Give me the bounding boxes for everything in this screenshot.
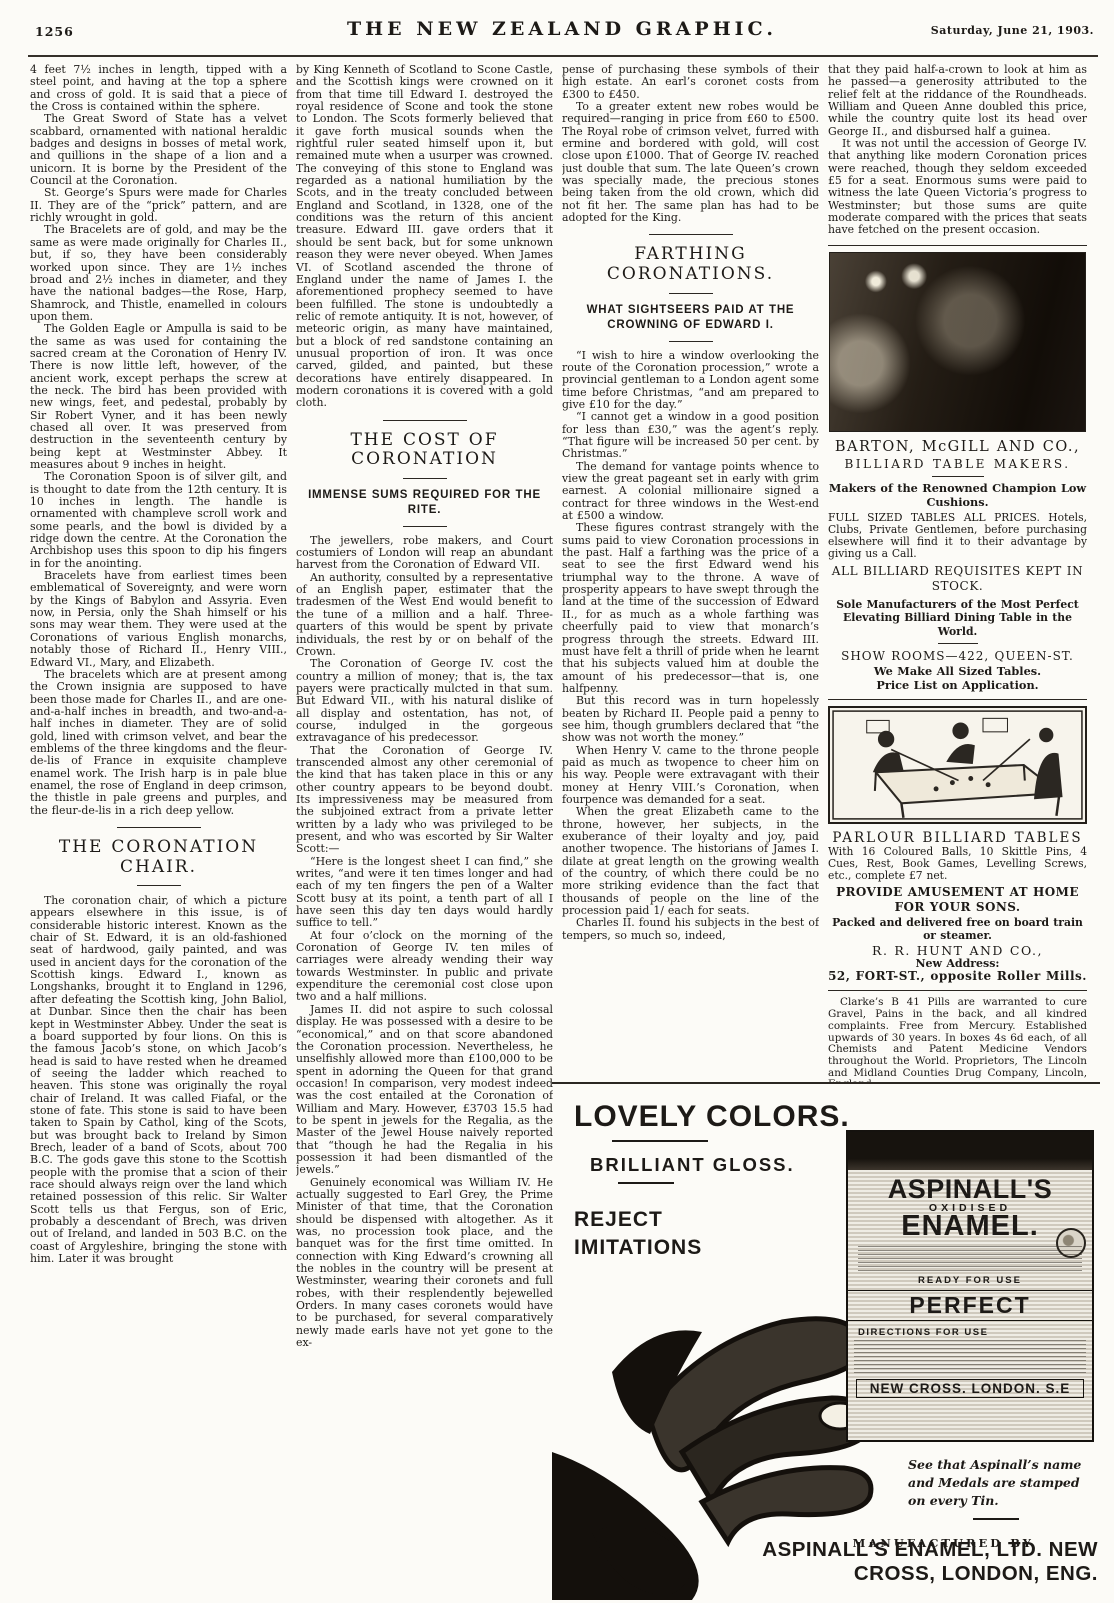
aspinall-headline: LOVELY COLORS. [574,1100,850,1142]
barton-sole-makers-line: Sole Manufacturers of the Most Perfect E… [828,598,1087,638]
article-paragraph: The coronation chair, of which a picture… [30,895,287,1265]
parlour-billiards-illustration [828,706,1087,824]
article-paragraph: by King Kenneth of Scotland to Scone Cas… [296,64,553,410]
tin-small-print [854,1340,1086,1374]
barton-full-sized-line: FULL SIZED TABLES ALL PRICES. Hotels, Cl… [828,512,1087,560]
article-paragraph: 4 feet 7½ inches in length, tipped with … [30,64,287,113]
article-paragraph: that they paid half-a-crown to look at h… [828,64,1087,138]
enamel-tin: ASPINALL'S OXIDISED ENAMEL. READY FOR US… [846,1130,1094,1442]
parlour-address: 52, FORT-ST., opposite Roller Mills. [828,970,1087,982]
article-paragraph: Charles II. found his subjects in the be… [562,917,819,942]
tin-address-line: NEW CROSS. LONDON. S.E [856,1379,1084,1398]
article-paragraph: The Great Sword of State has a velvet sc… [30,113,287,187]
parlour-amusement-line: PROVIDE AMUSEMENT AT HOME FOR YOUR SONS. [828,885,1087,915]
article-paragraph: That the Coronation of George IV. transc… [296,745,553,856]
article-paragraph: The Bracelets are of gold, and may be th… [30,224,287,323]
article-paragraph: The Coronation of George IV. cost the co… [296,658,553,744]
tin-brand-line: ASPINALL'S [848,1174,1092,1205]
article-paragraph: St. George’s Spurs were made for Charles… [30,187,287,224]
tin-perfect-line: PERFECT [848,1290,1092,1321]
article-paragraph: At four o’clock on the morning of the Co… [296,930,553,1004]
article-paragraph: “I wish to hire a window overlooking the… [562,350,819,412]
parlour-delivery-line: Packed and delivered free on board train… [828,917,1087,943]
aspinall-company-line: ASPINALL'S ENAMEL, LTD. NEW CROSS, LONDO… [702,1538,1098,1586]
parlour-billiards-ad: PARLOUR BILLIARD TABLES With 16 Coloured… [828,706,1087,982]
newspaper-page: 1256 THE NEW ZEALAND GRAPHIC. Saturday, … [0,0,1114,1603]
tin-lid [848,1132,1092,1170]
article-subheading: IMMENSE SUMS REQUIRED FOR THE RITE. [304,488,545,527]
article-heading: FARTHING CORONATIONS. [566,234,815,293]
masthead-rule [28,55,1098,57]
ad-divider [828,990,1087,991]
ad-divider [828,245,1087,246]
article-paragraph: pense of purchasing these symbols of the… [562,64,819,101]
article-paragraph: These figures contrast strangely with th… [562,522,819,695]
article-heading: THE COST OF CORONATION [300,420,549,479]
column-4: that they paid half-a-crown to look at h… [828,64,1087,1082]
article-paragraph: “I cannot get a window in a good positio… [562,411,819,460]
article-paragraph: When Henry V. came to the throne people … [562,745,819,807]
tin-directions-line: DIRECTIONS FOR USE [858,1327,1092,1338]
tin-small-print [858,1246,1082,1272]
article-paragraph: The demand for vantage points whence to … [562,461,819,523]
article-paragraph: The jewellers, robe makers, and Court co… [296,535,553,572]
article-paragraph: Genuinely economical was William IV. He … [296,1177,553,1350]
column-1: 4 feet 7½ inches in length, tipped with … [30,64,287,1596]
article-paragraph: To a greater extent new robes would be r… [562,101,819,224]
billiard-workshop-illustration [829,252,1086,432]
article-paragraph: The bracelets which are at present among… [30,669,287,817]
article-subheading: WHAT SIGHTSEERS PAID AT THE CROWNING OF … [570,303,811,342]
column-2: by King Kenneth of Scotland to Scone Cas… [296,64,553,1596]
tin-enamel-line: ENAMEL. [848,1210,1092,1243]
article-paragraph: It was not until the accession of George… [828,138,1087,237]
article-heading: THE CORONATION CHAIR. [34,827,283,886]
article-paragraph: The Golden Eagle or Ampulla is said to b… [30,323,287,471]
aspinall-enamel-ad: LOVELY COLORS. BRILLIANT GLOSS. REJECT I… [552,1082,1100,1600]
parlour-company-name: R. R. HUNT AND CO., [828,945,1087,957]
aspinall-subheadline: BRILLIANT GLOSS. [590,1154,795,1184]
parlour-contents-line: With 16 Coloured Balls, 10 Skittle Pins,… [828,846,1087,882]
article-paragraph: James II. did not aspire to such colossa… [296,1004,553,1177]
column-3: pense of purchasing these symbols of the… [562,64,819,1078]
clarkes-pills-notice: Clarke’s B 41 Pills are warranted to cur… [828,997,1087,1082]
barton-pricelist-line: Price List on Application. [828,679,1087,691]
ad-divider [828,699,1087,700]
barton-makers-line: Makers of the Renowned Champion Low Cush… [828,481,1087,509]
parlour-heading: PARLOUR BILLIARD TABLES [828,832,1087,844]
masthead: 1256 THE NEW ZEALAND GRAPHIC. Saturday, … [30,14,1094,48]
barton-requisites-line: ALL BILLIARD REQUISITES KEPT IN STOCK. [828,564,1087,594]
article-paragraph: The Coronation Spoon is of silver gilt, … [30,471,287,570]
article-paragraph: But this record was in turn hopelessly b… [562,695,819,744]
issue-date: Saturday, June 21, 1903. [931,24,1094,37]
article-paragraph: Bracelets have from earliest times been … [30,570,287,669]
aspinall-guarantee-note: See that Aspinall’s name and Medals are … [908,1456,1084,1520]
barton-trade-line: BILLIARD TABLE MAKERS. [828,458,1087,476]
article-paragraph: An authority, consulted by a representat… [296,572,553,658]
barton-showrooms-line: SHOW ROOMS—422, QUEEN-ST. [828,643,1087,662]
column-4-articles: that they paid half-a-crown to look at h… [828,64,1087,237]
barton-company-name: BARTON, McGILL AND CO., [828,441,1087,453]
article-paragraph: “Here is the longest sheet I can find,” … [296,856,553,930]
article-paragraph: When the great Elizabeth came to the thr… [562,806,819,917]
tin-ready-line: READY FOR USE [848,1275,1092,1286]
barton-tables-line: We Make All Sized Tables. [828,665,1087,677]
barton-mcgill-ad: BARTON, McGILL AND CO., BILLIARD TABLE M… [828,252,1087,691]
